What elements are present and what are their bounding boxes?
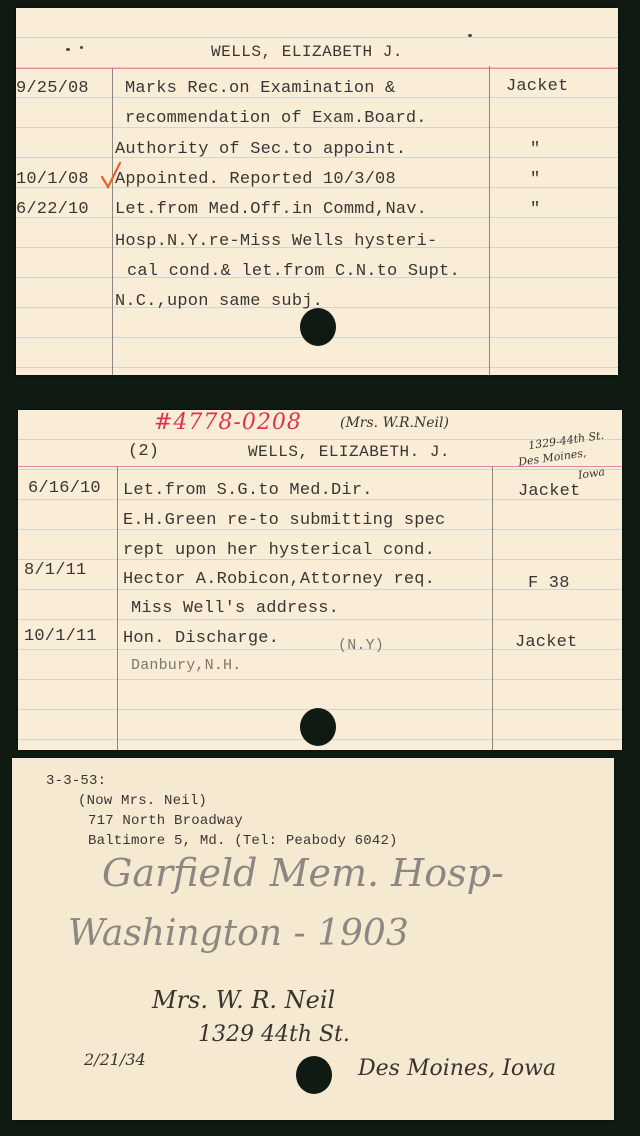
entry-text-line: Hon. Discharge. <box>123 630 279 647</box>
ink-note-date: 2/21/34 <box>84 1052 146 1068</box>
entry-file: " <box>530 201 540 218</box>
date-column-divider <box>117 466 118 750</box>
index-card-3-reverse: 3-3-53: (Now Mrs. Neil) 717 North Broadw… <box>12 758 614 1120</box>
entry-text-line: Marks Rec.on Examination & <box>125 80 395 97</box>
index-card-2: #4778-0208 (Mrs. W.R.Neil) 1329-44th St.… <box>18 410 622 750</box>
entry-file: Jacket <box>518 483 580 500</box>
header-red-rule <box>18 466 622 467</box>
typed-line: Baltimore 5, Md. (Tel: Peabody 6042) <box>88 834 398 848</box>
ink-speck <box>80 46 83 49</box>
ink-note-street: 1329 44th St. <box>198 1024 350 1046</box>
ink-speck <box>468 34 472 37</box>
punch-hole <box>300 308 336 346</box>
card-sequence-number: (2) <box>128 443 159 460</box>
punch-hole <box>296 1056 332 1094</box>
entry-date: 10/1/11 <box>24 628 97 645</box>
header-red-rule <box>16 68 618 69</box>
file-column-divider <box>489 66 490 375</box>
entry-file: " <box>530 141 540 158</box>
punch-hole <box>300 708 336 746</box>
ink-note-city: Des Moines, Iowa <box>358 1058 556 1080</box>
card-header-name: WELLS, ELIZABETH J. <box>211 44 403 60</box>
ink-note-name: Mrs. W. R. Neil <box>152 988 335 1012</box>
entry-text-line: cal cond.& let.from C.N.to Supt. <box>127 263 460 280</box>
entry-date: 9/25/08 <box>16 80 89 97</box>
typed-date: 3-3-53: <box>46 774 106 788</box>
typed-line: (Now Mrs. Neil) <box>78 794 207 808</box>
entry-text-line: E.H.Green re-to submitting spec <box>123 512 445 529</box>
entry-text-line: Hosp.N.Y.re-Miss Wells hysteri- <box>115 233 437 250</box>
entry-text-line: N.C.,upon same subj. <box>115 293 323 310</box>
entry-note: (N.Y) <box>338 638 384 653</box>
entry-text-line: Let.from Med.Off.in Commd,Nav. <box>115 201 427 218</box>
entry-date: 10/1/08 <box>16 171 89 188</box>
red-file-number: #4778-0208 <box>154 412 302 434</box>
entry-text-line: Appointed. Reported 10/3/08 <box>115 171 396 188</box>
date-column-divider <box>112 68 113 375</box>
index-card-1: WELLS, ELIZABETH J. 9/25/08 Marks Rec.on… <box>16 8 618 375</box>
typed-line: 717 North Broadway <box>88 814 243 828</box>
entry-file: F 38 <box>528 575 570 592</box>
pencil-note-location: Washington - 1903 <box>68 916 409 952</box>
entry-file: Jacket <box>515 634 577 651</box>
entry-date: 8/1/11 <box>24 562 86 579</box>
entry-text-line: Hector A.Robicon,Attorney req. <box>123 571 435 588</box>
entry-file: " <box>530 171 540 188</box>
entry-text-line: rept upon her hysterical cond. <box>123 542 435 559</box>
file-column-divider <box>492 466 493 750</box>
pencil-note-hospital: Garfield Mem. Hosp- <box>102 854 504 892</box>
entry-date: 6/22/10 <box>16 201 89 218</box>
card-header-name: WELLS, ELIZABETH. J. <box>248 444 450 460</box>
ink-annotation-name: (Mrs. W.R.Neil) <box>340 416 449 430</box>
entry-text-line: Authority of Sec.to appoint. <box>115 141 406 158</box>
entry-text-line: Let.from S.G.to Med.Dir. <box>123 482 373 499</box>
ink-annotation-state: Iowa <box>577 466 605 481</box>
entry-date: 6/16/10 <box>28 480 101 497</box>
entry-file: Jacket <box>506 78 568 95</box>
ink-speck <box>66 48 70 51</box>
ink-annotation-city: Des Moines, <box>518 447 587 467</box>
entry-subline: Danbury,N.H. <box>131 658 241 673</box>
entry-text-line: recommendation of Exam.Board. <box>125 110 427 127</box>
entry-text-line: Miss Well's address. <box>131 600 339 617</box>
